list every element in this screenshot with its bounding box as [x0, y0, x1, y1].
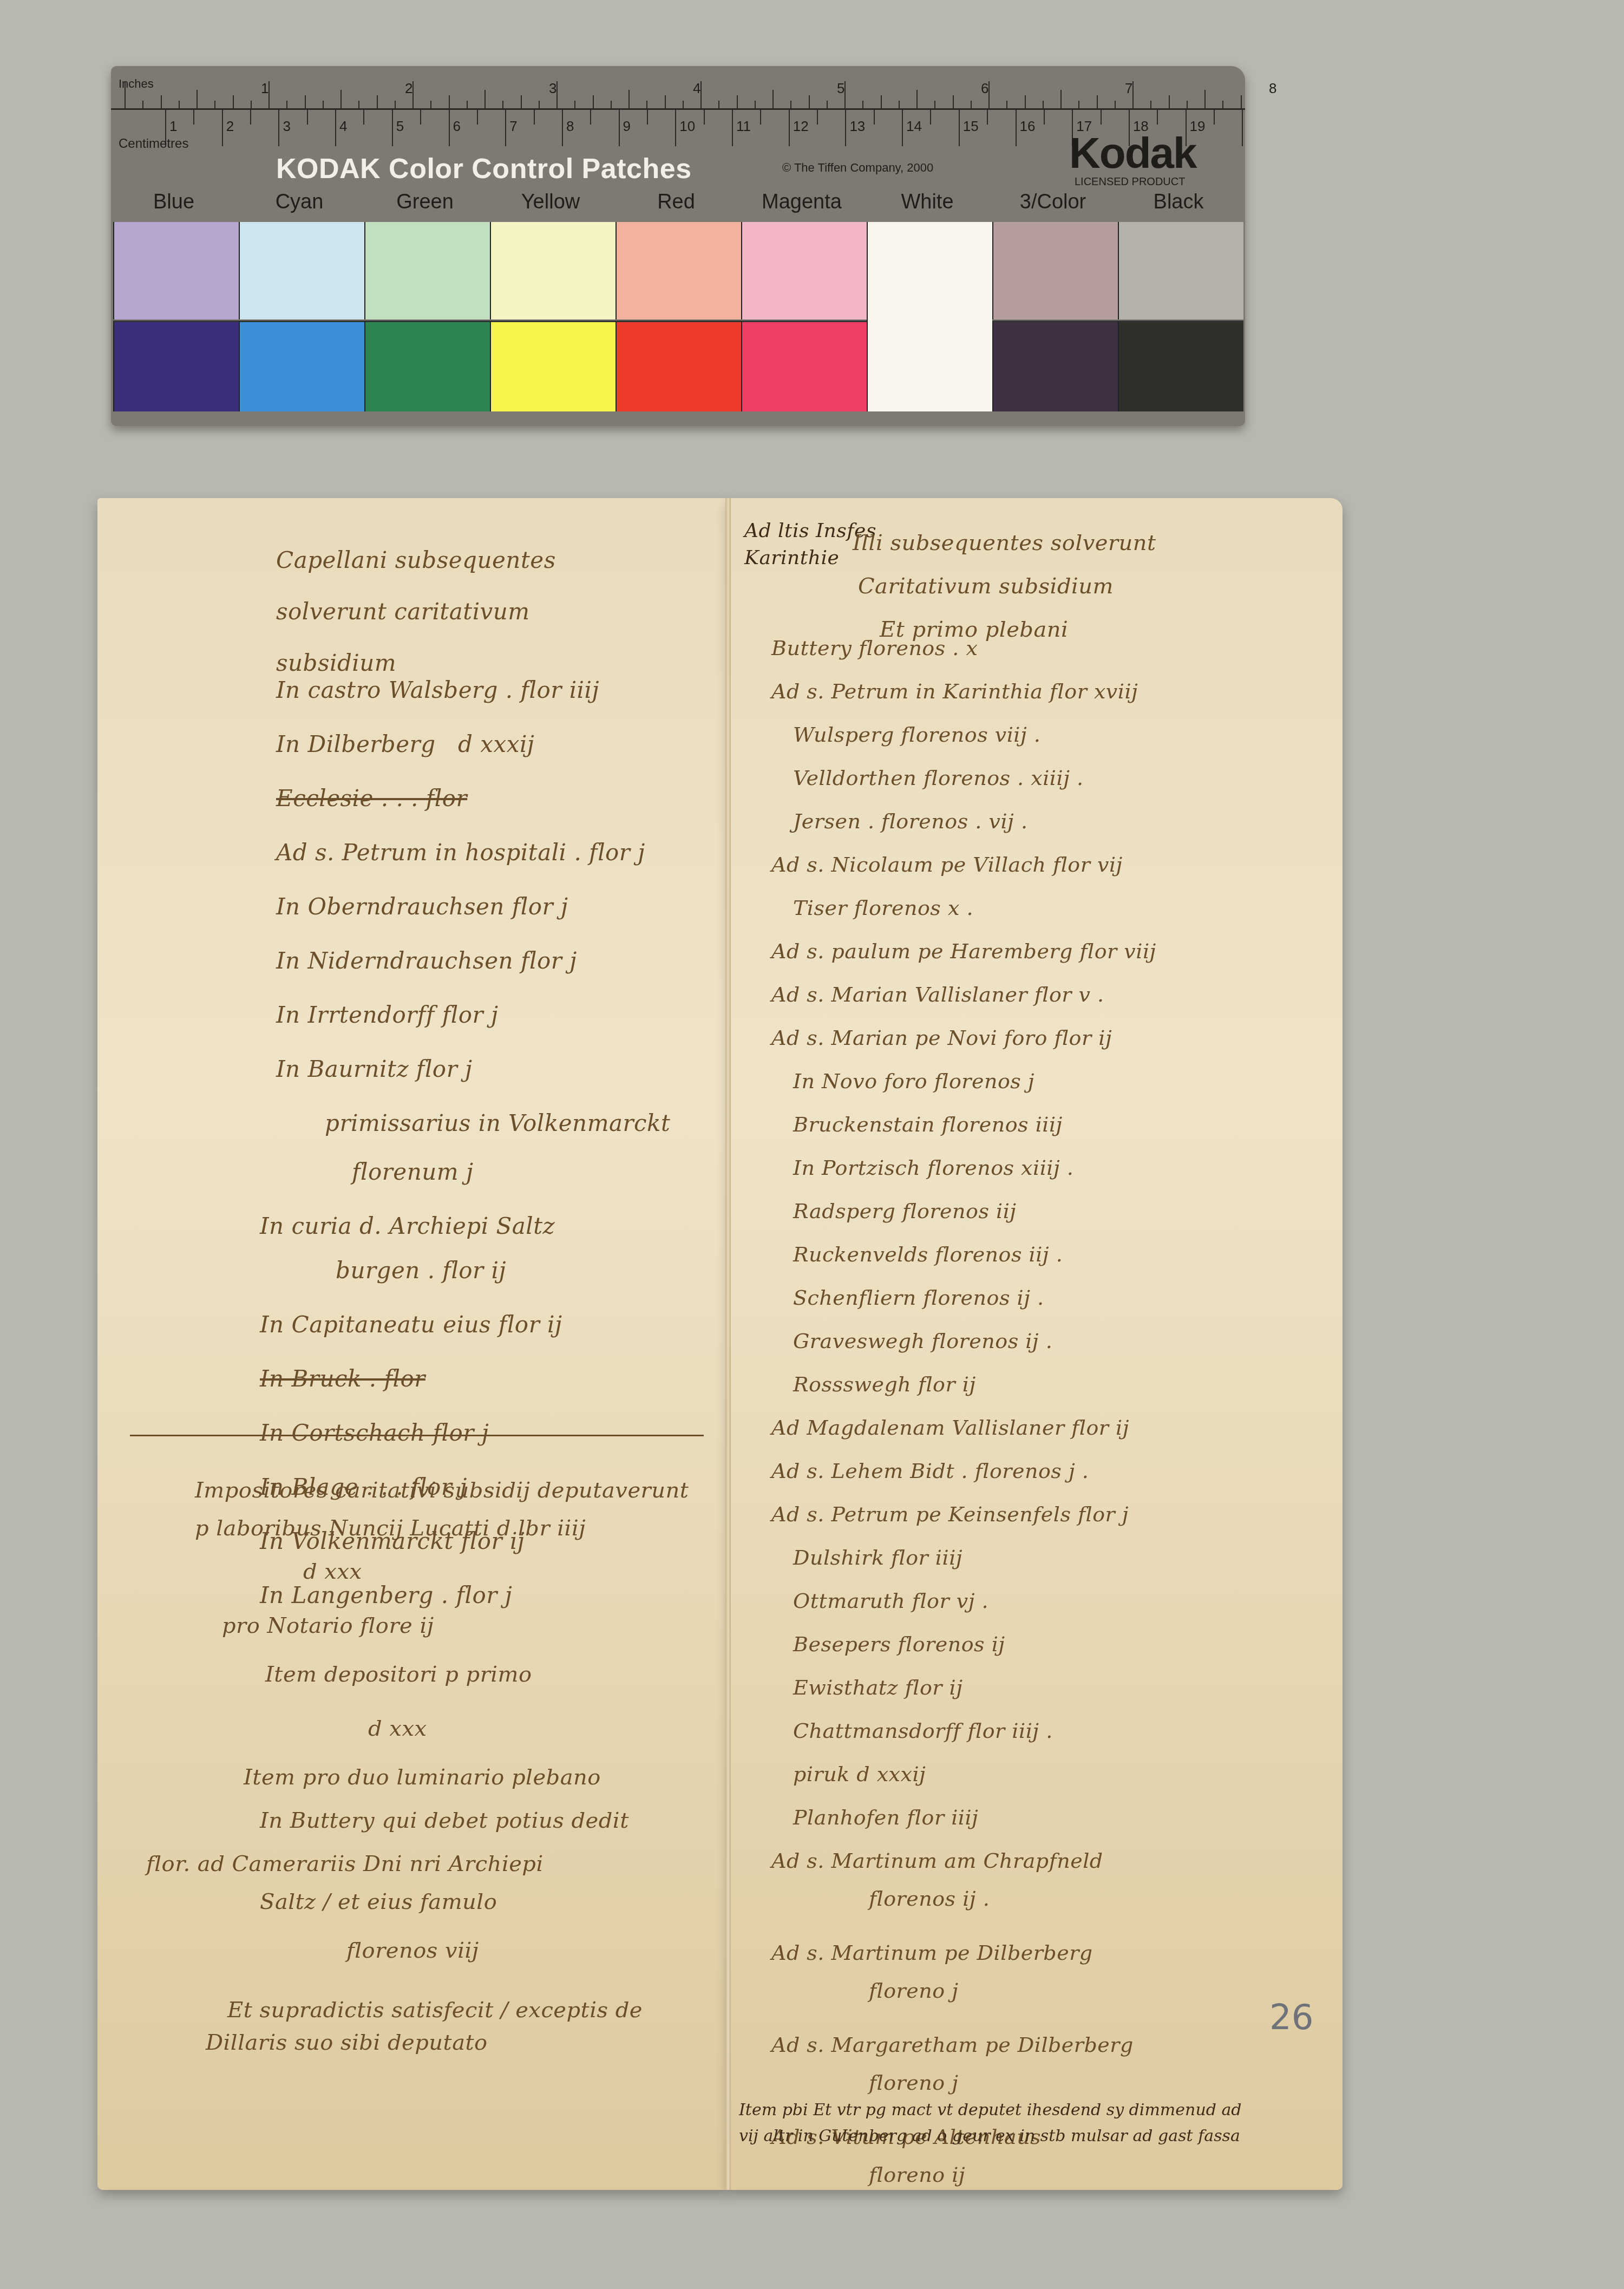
- inch-tick: [484, 90, 486, 108]
- patch-green-dark: [364, 321, 490, 411]
- cm-tick: [590, 108, 591, 125]
- cm-tick: [874, 108, 875, 125]
- inch-tick: [161, 95, 162, 108]
- cm-number: 7: [509, 118, 517, 135]
- handwritten-line: In Buttery qui debet potius dedit: [260, 1808, 629, 1833]
- kodak-logo: Kodak: [1069, 128, 1196, 178]
- handwritten-line: florenum j: [352, 1159, 474, 1185]
- inch-number: 4: [693, 80, 700, 97]
- inch-tick: [449, 95, 450, 108]
- handwritten-line: In Baurnitz flor j: [276, 1056, 473, 1082]
- patch-name-green: Green: [362, 191, 488, 214]
- patch-3color-light: [992, 222, 1118, 319]
- inch-ruler: 12345678: [111, 77, 1245, 110]
- cm-tick: [1214, 108, 1215, 125]
- handwritten-line: Tiser florenos x .: [793, 896, 973, 920]
- inch-tick: [197, 90, 198, 108]
- inch-tick: [323, 101, 324, 108]
- inch-number: 1: [261, 80, 269, 97]
- handwritten-line: Dulshirk flor iiij: [793, 1546, 962, 1569]
- handwritten-line: In castro Walsberg . flor iiij: [276, 677, 599, 703]
- handwritten-line: Radsperg florenos iij: [793, 1199, 1017, 1223]
- chart-copyright: © The Tiffen Company, 2000: [782, 161, 933, 175]
- handwritten-line: Ad s. Marian Vallislaner flor v .: [771, 983, 1104, 1006]
- handwritten-line: Ewisthatz flor ij: [793, 1676, 962, 1699]
- patch-white-light: [867, 222, 992, 411]
- bottom-note-line: vij altr in Gutenberg ad o geur ex in st…: [739, 2127, 1240, 2146]
- inch-tick: [593, 95, 594, 108]
- handwritten-line: In Niderndrauchsen flor j: [276, 947, 577, 974]
- manuscript-document: Capellani subsequentessolverunt caritati…: [97, 498, 1343, 2190]
- inch-tick: [214, 101, 215, 108]
- licensed-product-label: LICENSED PRODUCT: [1075, 176, 1185, 188]
- cm-number: 4: [339, 118, 347, 135]
- handwritten-line: Ad s. Marian pe Novi foro flor ij: [771, 1026, 1112, 1050]
- inch-tick: [521, 95, 522, 108]
- inch-tick: [646, 101, 647, 108]
- handwritten-line: In Dilberberg d xxxij: [276, 731, 534, 757]
- handwritten-line: Ad s. Petrum in Karinthia flor xviij: [771, 679, 1138, 703]
- cm-tick: [1016, 108, 1017, 146]
- patch-blue-light: [113, 222, 239, 319]
- inch-tick: [827, 101, 828, 108]
- handwritten-line: Capellani subsequentes: [276, 547, 556, 573]
- inch-tick: [953, 95, 954, 108]
- inch-tick: [1097, 95, 1098, 108]
- inch-tick: [1241, 95, 1242, 108]
- handwritten-line: In Portzisch florenos xiiij .: [793, 1156, 1073, 1180]
- inch-number: 6: [981, 80, 988, 97]
- cm-tick: [363, 108, 364, 125]
- handwritten-line: In Novo foro florenos j: [793, 1069, 1034, 1093]
- cm-tick: [1044, 108, 1045, 125]
- handwritten-line: Rossswegh flor ij: [793, 1372, 976, 1396]
- inch-tick: [1006, 101, 1007, 108]
- cm-tick: [789, 108, 790, 146]
- patch-yellow-dark: [490, 321, 615, 411]
- cm-tick: [619, 108, 620, 146]
- inch-tick: [881, 95, 882, 108]
- patch-name-magenta: Magenta: [739, 191, 865, 214]
- inch-tick: [430, 101, 431, 108]
- patch-name-black: Black: [1116, 191, 1241, 214]
- inch-number: 7: [1125, 80, 1132, 97]
- inch-tick: [718, 101, 719, 108]
- inch-tick: [233, 95, 234, 108]
- cm-tick: [1101, 108, 1102, 125]
- centimetres-label: Centimetres: [119, 136, 188, 152]
- handwritten-line: pro Notario flore ij: [222, 1613, 434, 1638]
- inch-tick: [1060, 90, 1062, 108]
- handwritten-line: florenos viij: [346, 1938, 479, 1963]
- cm-tick: [477, 108, 478, 125]
- patch-black-dark: [1118, 321, 1243, 411]
- cm-number: 6: [453, 118, 461, 135]
- cm-tick: [1157, 108, 1158, 125]
- handwritten-line: Illi subsequentes solverunt: [853, 531, 1156, 555]
- cm-number: 12: [793, 118, 809, 135]
- handwritten-line: Buttery florenos . x: [771, 636, 978, 660]
- handwritten-line: Caritativum subsidium: [858, 574, 1114, 599]
- right-leaf: Ad ltis InsfesKarinthieIlli subsequentes…: [728, 498, 1343, 2190]
- inch-tick: [1222, 101, 1223, 108]
- folio-number: 26: [1269, 1998, 1313, 2038]
- handwritten-line: Ottmaruth flor vj .: [793, 1589, 988, 1613]
- section-divider: [130, 1435, 704, 1436]
- page-fold: [725, 498, 731, 2190]
- cm-tick: [675, 108, 676, 146]
- inch-tick: [574, 101, 575, 108]
- handwritten-line: Item depositori p primo: [265, 1662, 532, 1687]
- inch-tick: [251, 101, 252, 108]
- handwritten-line: Ecclesie . . . flor: [276, 785, 467, 812]
- inch-tick: [305, 95, 306, 108]
- handwritten-line: floreno j: [869, 2071, 958, 2095]
- cm-number: 10: [679, 118, 695, 135]
- handwritten-line: Ad s. Martinum am Chrapfneld: [771, 1849, 1103, 1873]
- cm-tick: [278, 108, 279, 146]
- handwritten-line: Ad s. Margaretham pe Dilberberg: [771, 2033, 1134, 2057]
- patch-cyan-light: [239, 222, 364, 319]
- handwritten-line: In Oberndrauchsen flor j: [276, 893, 568, 920]
- inch-number: 8: [1269, 80, 1276, 97]
- handwritten-line: Ad s. Petrum pe Keinsenfels flor j: [771, 1502, 1129, 1526]
- cm-number: 11: [736, 118, 751, 135]
- handwritten-line: In curia d. Archiepi Saltz: [260, 1213, 555, 1239]
- handwritten-line: Ruckenvelds florenos iij .: [793, 1242, 1063, 1266]
- handwritten-line: Item pro duo luminario plebano: [244, 1765, 601, 1790]
- inch-tick: [1150, 101, 1151, 108]
- inch-tick: [358, 101, 359, 108]
- inch-tick: [916, 90, 918, 108]
- handwritten-line: florenos ij .: [869, 1887, 990, 1911]
- inch-tick: [971, 101, 972, 108]
- cm-tick: [562, 108, 563, 146]
- cm-tick: [732, 108, 733, 146]
- patch-black-light: [1118, 222, 1243, 319]
- patch-name-blue: Blue: [111, 191, 237, 214]
- handwritten-line: d xxx: [303, 1559, 362, 1584]
- cm-number: 2: [226, 118, 234, 135]
- cm-number: 5: [396, 118, 404, 135]
- inch-tick: [755, 101, 756, 108]
- cm-tick: [335, 108, 336, 146]
- inch-tick: [665, 95, 666, 108]
- inch-number: 5: [837, 80, 844, 97]
- patch-yellow-light: [490, 222, 615, 319]
- patch-name-red: Red: [613, 191, 739, 214]
- handwritten-line: p laboribus Nuncij Lucatti d lbr iiij: [195, 1516, 586, 1541]
- inch-tick: [611, 101, 612, 108]
- inch-tick: [772, 90, 774, 108]
- inch-tick: [1204, 90, 1206, 108]
- cm-tick: [987, 108, 988, 125]
- handwritten-line: Et supradictis satisfecit / exceptis de: [227, 1998, 643, 2023]
- handwritten-line: Graveswegh florenos ij .: [793, 1329, 1052, 1353]
- handwritten-line: Ad s. Lehem Bidt . florenos j .: [771, 1459, 1089, 1483]
- cm-tick: [193, 108, 194, 125]
- inch-tick: [809, 95, 810, 108]
- cm-tick: [959, 108, 960, 146]
- cm-tick: [1242, 108, 1243, 146]
- handwritten-line: Impositores caritativi subsidij deputave…: [195, 1478, 689, 1503]
- inch-tick: [1115, 101, 1116, 108]
- chart-title: KODAK Color Control Patches: [276, 153, 692, 185]
- cm-tick: [392, 108, 393, 146]
- cm-tick: [930, 108, 931, 125]
- inch-tick: [862, 101, 863, 108]
- handwritten-line: d xxx: [368, 1716, 427, 1741]
- cm-number: 14: [906, 118, 922, 135]
- handwritten-line: In Cortschach flor j: [260, 1420, 489, 1446]
- handwritten-line: Wulsperg florenos viij .: [793, 723, 1040, 747]
- handwritten-line: primissarius in Volkenmarckt: [325, 1110, 670, 1136]
- handwritten-line: Ad s. Martinum pe Dilberberg: [771, 1941, 1093, 1965]
- patch-name-3color: 3/Color: [990, 191, 1116, 214]
- cm-tick: [845, 108, 846, 146]
- cm-number: 16: [1020, 118, 1036, 135]
- patch-red-dark: [615, 321, 741, 411]
- patch-blue-dark: [113, 321, 239, 411]
- inch-tick: [467, 101, 468, 108]
- handwritten-line: Besepers florenos ij: [793, 1632, 1005, 1656]
- inch-tick: [1025, 95, 1026, 108]
- patch-names: BlueCyanGreenYellowRedMagentaWhite3/Colo…: [111, 191, 1245, 218]
- cm-number: 3: [283, 118, 290, 135]
- handwritten-line: piruk d xxxij: [793, 1762, 926, 1786]
- color-patches: [113, 222, 1243, 417]
- cm-tick: [307, 108, 308, 125]
- patch-3color-dark: [992, 321, 1118, 411]
- cm-number: 13: [849, 118, 865, 135]
- handwritten-line: solverunt caritativum: [276, 598, 530, 625]
- handwritten-line: Ad Magdalenam Vallislaner flor ij: [771, 1416, 1129, 1440]
- handwritten-line: Ad s. paulum pe Haremberg flor viij: [771, 939, 1156, 963]
- handwritten-line: Schenfliern florenos ij .: [793, 1286, 1044, 1310]
- cm-tick: [505, 108, 506, 146]
- cm-tick: [817, 108, 818, 125]
- inch-tick: [737, 95, 738, 108]
- inch-tick: [142, 101, 143, 108]
- cm-tick: [902, 108, 903, 146]
- handwritten-line: In Bruck . flor: [260, 1365, 425, 1392]
- inch-tick: [899, 101, 900, 108]
- inch-number: 2: [405, 80, 412, 97]
- cm-tick: [420, 108, 421, 125]
- cm-tick: [647, 108, 648, 125]
- inch-tick: [377, 95, 378, 108]
- inches-label: Inches: [119, 77, 154, 91]
- inch-tick: [790, 101, 791, 108]
- inch-tick: [179, 101, 180, 108]
- inch-tick: [340, 90, 342, 108]
- inch-tick: [1043, 101, 1044, 108]
- cm-tick: [449, 108, 450, 146]
- handwritten-line: In Capitaneatu eius flor ij: [260, 1311, 562, 1338]
- handwritten-line: In Irrtendorff flor j: [276, 1002, 498, 1028]
- patch-name-cyan: Cyan: [237, 191, 362, 214]
- handwritten-line: subsidium: [276, 650, 396, 676]
- inch-tick: [1169, 95, 1170, 108]
- inch-tick: [395, 101, 396, 108]
- cm-tick: [222, 108, 223, 146]
- inch-tick: [683, 101, 684, 108]
- inch-tick: [286, 101, 287, 108]
- kodak-color-chart: 12345678 Inches 123456789101112131415161…: [111, 66, 1245, 426]
- handwritten-line: Karinthie: [744, 547, 839, 569]
- handwritten-line: burgen . flor ij: [336, 1257, 506, 1284]
- handwritten-line: floreno ij: [869, 2163, 965, 2187]
- patch-magenta-dark: [741, 321, 867, 411]
- patch-name-white: White: [865, 191, 990, 214]
- handwritten-line: floreno j: [869, 1979, 958, 2003]
- handwritten-line: flor. ad Camerariis Dni nri Archiepi: [146, 1852, 543, 1876]
- cm-number: 1: [169, 118, 177, 135]
- cm-tick: [250, 108, 251, 125]
- cm-tick: [760, 108, 761, 125]
- inch-tick: [934, 101, 935, 108]
- handwritten-line: Ad s. Petrum in hospitali . flor j: [276, 839, 645, 866]
- cm-number: 15: [963, 118, 979, 135]
- handwritten-line: Ad s. Nicolaum pe Villach flor vij: [771, 853, 1123, 877]
- left-leaf: Capellani subsequentessolverunt caritati…: [97, 498, 728, 2190]
- bottom-note-line: Item pbi Et vtr pg mact vt deputet ihesd…: [739, 2101, 1242, 2120]
- inch-tick: [502, 101, 503, 108]
- handwritten-line: Bruckenstain florenos iiij: [793, 1113, 1063, 1136]
- cm-number: 9: [623, 118, 631, 135]
- cm-tick: [704, 108, 705, 125]
- handwritten-line: Planhofen flor iiij: [793, 1806, 978, 1829]
- inch-tick: [628, 90, 630, 108]
- inch-tick: [539, 101, 540, 108]
- patch-name-yellow: Yellow: [488, 191, 613, 214]
- inch-tick: [1187, 101, 1188, 108]
- handwritten-line: In Langenberg . flor j: [260, 1582, 512, 1608]
- inch-number: 3: [549, 80, 556, 97]
- cm-tick: [534, 108, 535, 125]
- patch-green-light: [364, 222, 490, 319]
- handwritten-line: Chattmansdorff flor iiij .: [793, 1719, 1053, 1743]
- handwritten-line: Saltz / et eius famulo: [260, 1889, 497, 1914]
- patch-cyan-dark: [239, 321, 364, 411]
- handwritten-line: Velldorthen florenos . xiiij .: [793, 766, 1084, 790]
- handwritten-line: Dillaris suo sibi deputato: [206, 2030, 488, 2055]
- patch-red-light: [615, 222, 741, 319]
- inch-tick: [1078, 101, 1079, 108]
- cm-number: 8: [566, 118, 574, 135]
- handwritten-line: Jersen . florenos . vij .: [793, 809, 1028, 833]
- patch-magenta-light: [741, 222, 867, 319]
